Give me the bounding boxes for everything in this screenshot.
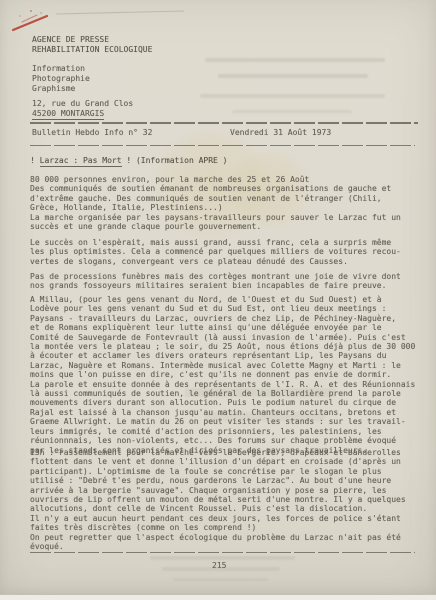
article-paragraph-3: Pas de processions funèbres mais des cor…: [30, 272, 401, 291]
title-suffix: ! (Information APRE ): [122, 156, 228, 165]
article-paragraph-2: Le succès on l'espèrait, mais aussi gran…: [30, 238, 401, 266]
divider-rule-bottom: [30, 552, 415, 553]
article-paragraph-4: A Millau, (pour les gens venant du Nord,…: [30, 295, 415, 455]
bleedthrough-text: [173, 578, 268, 581]
bleedthrough-text: [150, 556, 295, 560]
bleedthrough-text: [232, 110, 352, 113]
agency-name-line2: REHABILITATION ECOLOGIQUE: [32, 45, 152, 54]
title-underlined: Larzac : Pas Mort: [40, 156, 122, 167]
service-information: Information: [32, 64, 85, 73]
divider-rule-top: [30, 122, 418, 124]
address-city: 45200 MONTARGIS: [32, 109, 104, 118]
divider-rule-masthead: [30, 145, 415, 146]
article-paragraph-1: 80 000 personnes environ, pour la marche…: [30, 175, 401, 231]
service-photographie: Photographie: [32, 74, 90, 83]
address-street: 12, rue du Grand Clos: [32, 99, 133, 108]
bulletin-date: Vendredi 31 Août 1973: [230, 128, 331, 137]
service-graphisme: Graphisme: [32, 84, 75, 93]
bleedthrough-text: [218, 74, 368, 78]
page-number: 215: [212, 561, 226, 570]
agency-name-line1: AGENCE DE PRESSE: [32, 35, 109, 44]
article-paragraph-5: 13h : rassemblement pour la marche vers …: [30, 448, 406, 551]
scanned-bulletin-page: AGENCE DE PRESSE REHABILITATION ECOLOGIQ…: [0, 0, 436, 600]
title-prefix: !: [30, 156, 40, 165]
scan-page-edge: [0, 594, 436, 600]
bleedthrough-text: [205, 58, 385, 62]
bleedthrough-text: [200, 94, 385, 98]
article-title: ! Larzac : Pas Mort ! (Information APRE …: [30, 156, 228, 165]
bulletin-number: Bulletin Hebdo Info n° 32: [32, 128, 152, 137]
